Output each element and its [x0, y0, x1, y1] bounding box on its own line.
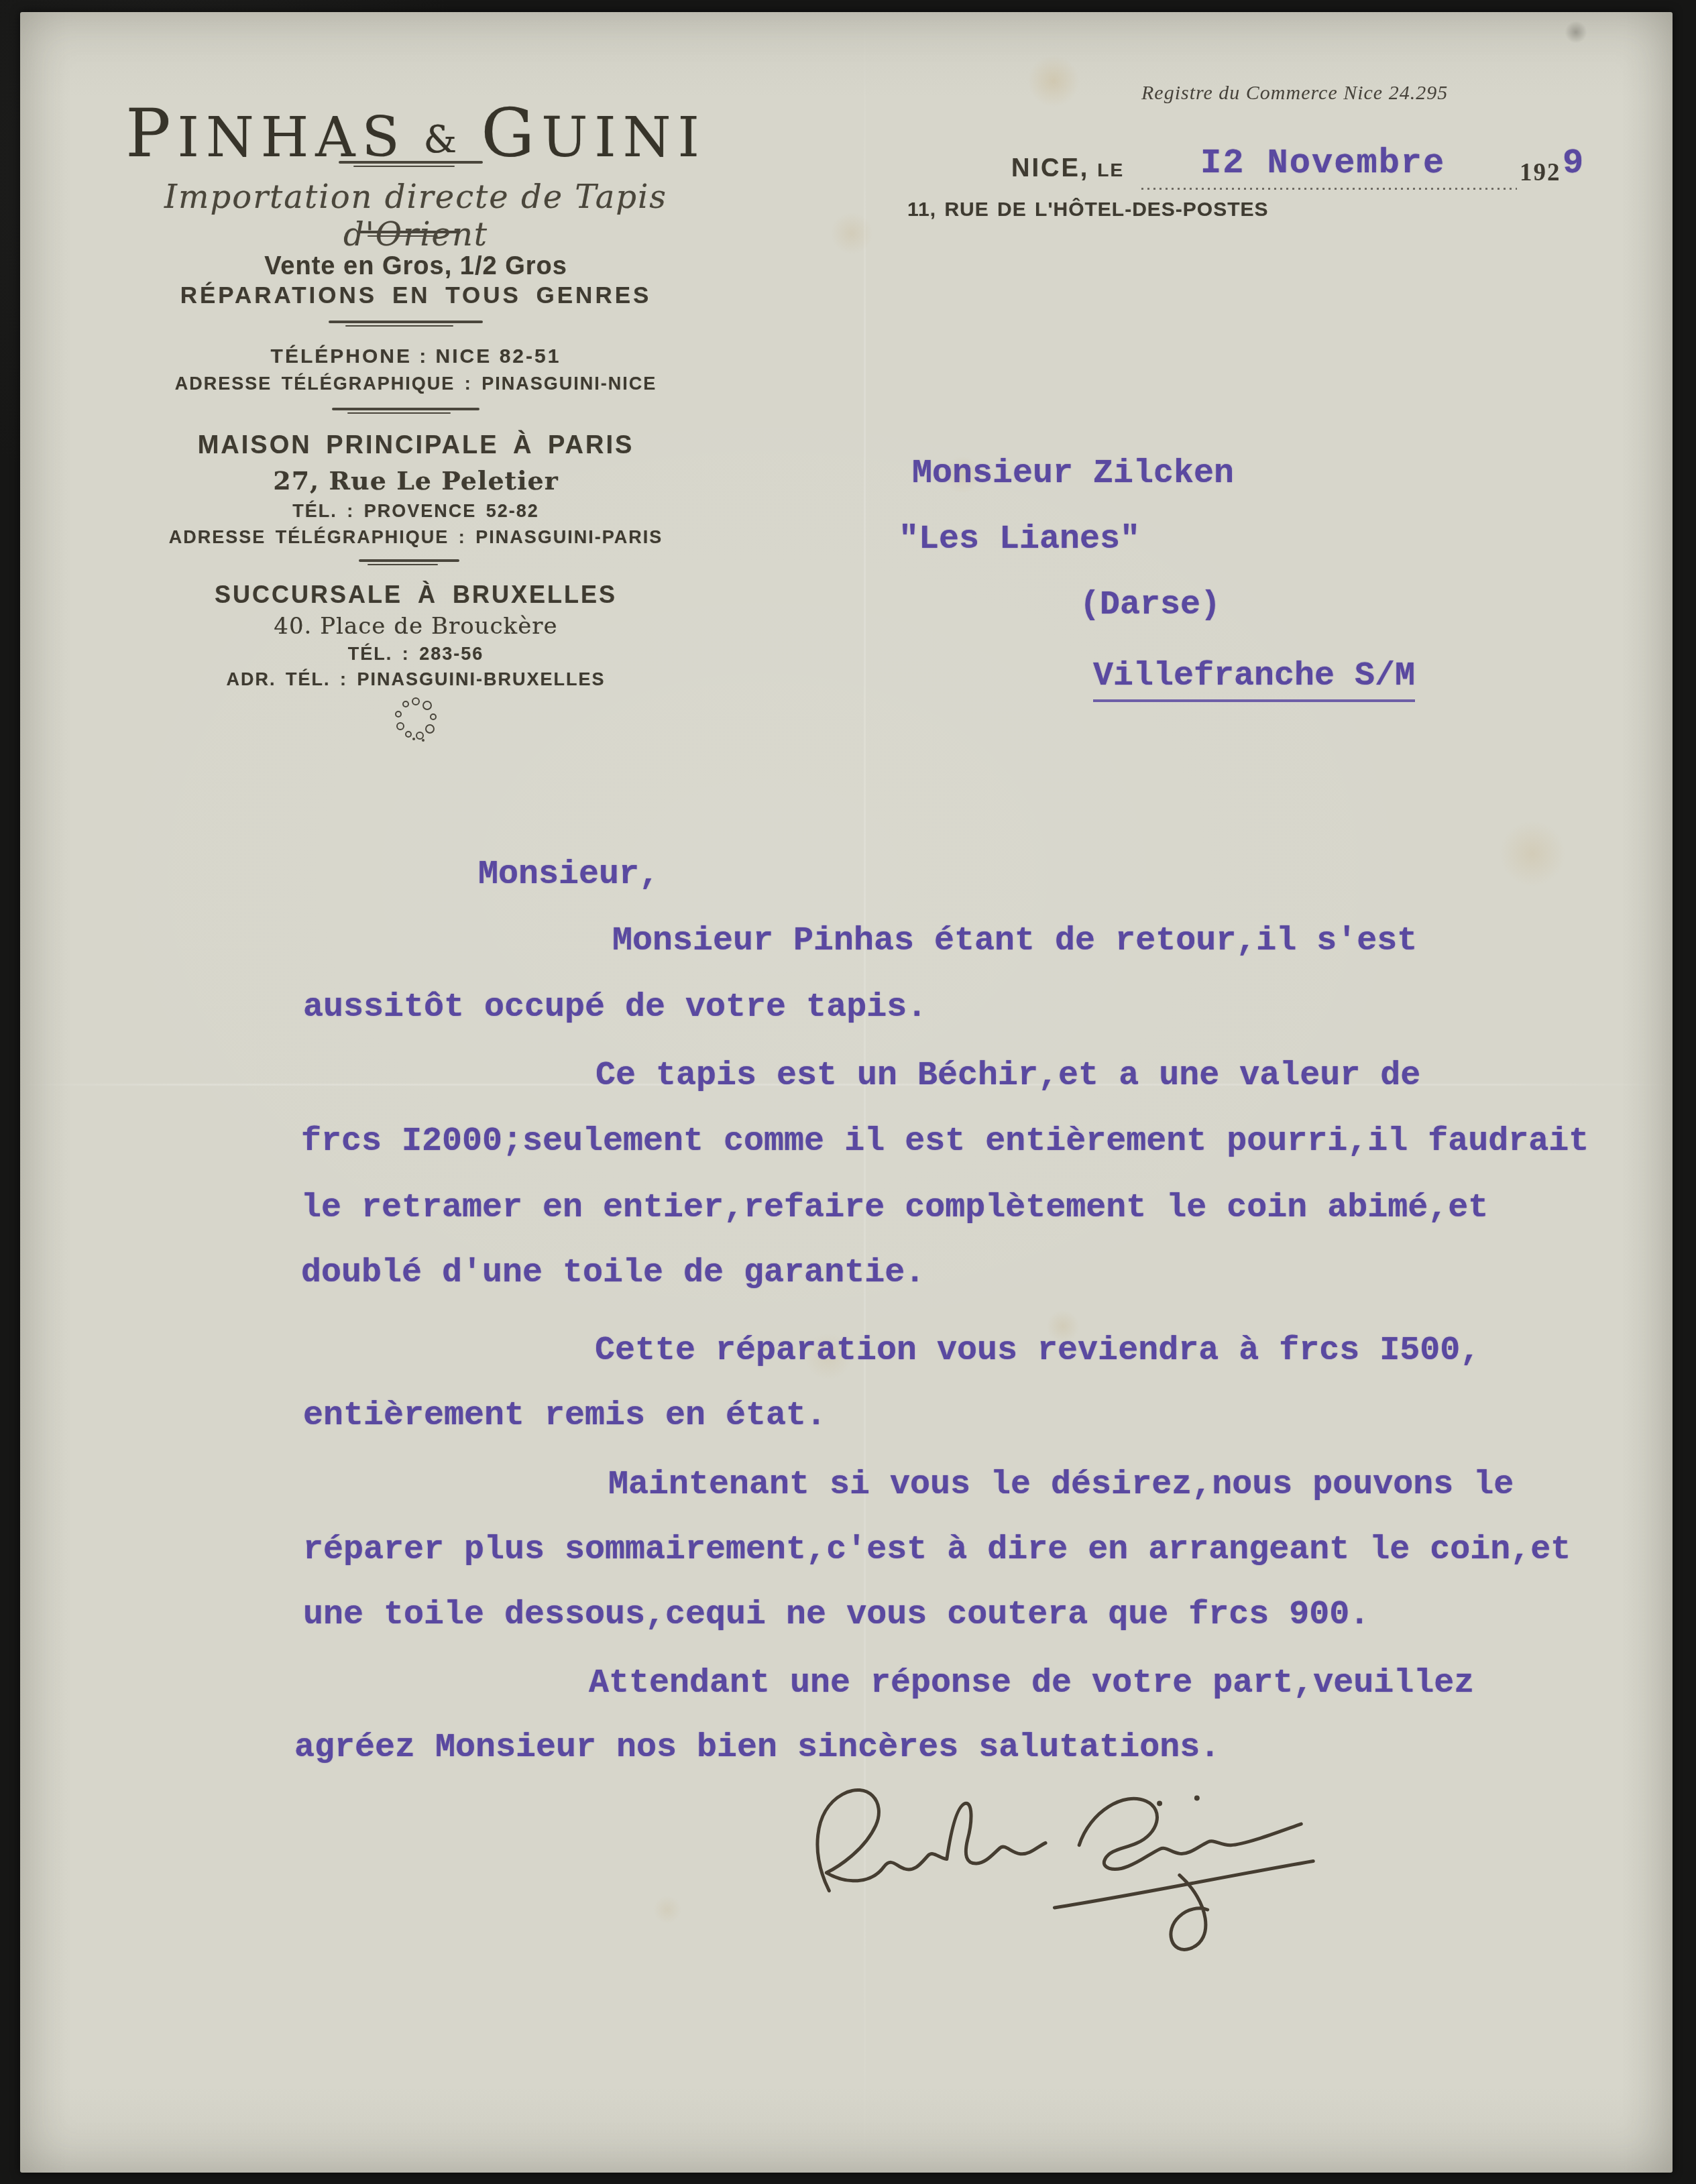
date-dotted-line [1141, 188, 1517, 190]
decorative-rule [332, 408, 479, 414]
company-tagline: Importation directe de Tapis d'Orient [101, 178, 731, 253]
body-line: aussitôt occupé de votre tapis. [303, 988, 927, 1027]
date-city-label: NICE,LE [1011, 154, 1124, 183]
scan-background: PINHAS&GUINI Importation directe de Tapi… [0, 0, 1696, 2184]
sales-line-2: RÉPARATIONS EN TOUS GENRES [101, 282, 731, 309]
decorative-rule [329, 321, 483, 327]
recipient-name: Monsieur Zilcken [912, 455, 1234, 493]
decorative-rule [339, 161, 483, 168]
recipient-district: (Darse) [1080, 586, 1221, 624]
body-line: entièrement remis en état. [303, 1397, 826, 1435]
dotted-circle-ornament-icon [101, 695, 731, 746]
decorative-rule [359, 559, 459, 566]
paris-office-title: MAISON PRINCIPALE À PARIS [101, 431, 731, 460]
printed-year-prefix: 192 [1520, 158, 1561, 187]
commerce-registry-note: Registre du Commerce Nice 24.295 [1141, 82, 1448, 105]
body-line: une toile dessous,cequi ne vous coutera … [303, 1596, 1369, 1634]
recipient-villa: "Les Lianes" [899, 520, 1140, 559]
sender-street-address: 11, RUE DE L'HÔTEL-DES-POSTES [907, 198, 1269, 221]
body-line: frcs I2000;seulement comme il est entièr… [301, 1123, 1589, 1161]
body-line: Monsieur, [478, 856, 659, 894]
body-line: Cette réparation vous reviendra à frcs I… [595, 1332, 1480, 1370]
city-label-small: LE [1097, 160, 1124, 180]
bruxelles-office-title: SUCCURSALE À BRUXELLES [101, 581, 731, 609]
company-word-2: GUINI [481, 94, 706, 172]
handwritten-signature-icon [760, 1735, 1345, 1987]
body-line: Monsieur Pinhas étant de retour,il s'est [612, 922, 1417, 960]
bruxelles-office-address: 40. Place de Brouckère [101, 613, 731, 640]
typed-date: I2 Novembre [1200, 143, 1445, 183]
paper: PINHAS&GUINI Importation directe de Tapi… [20, 12, 1673, 2173]
bruxelles-telegraph-address: ADR. TÉL. : PINASGUINI-BRUXELLES [101, 669, 731, 690]
nice-telegraph-address: ADRESSE TÉLÉGRAPHIQUE : PINASGUINI-NICE [101, 373, 731, 394]
body-line: Attendant une réponse de votre part,veui… [589, 1664, 1474, 1703]
paris-office-phone: TÉL. : PROVENCE 52-82 [101, 501, 731, 522]
ampersand: & [424, 118, 464, 162]
nice-phone: TÉLÉPHONE : NICE 82-51 [101, 345, 731, 368]
typed-year-digit: 9 [1563, 143, 1583, 183]
recipient-city: Villefranche S/M [1093, 657, 1415, 702]
body-line: Maintenant si vous le désirez,nous pouvo… [608, 1466, 1514, 1504]
body-line: le retramer en entier,refaire complèteme… [301, 1189, 1488, 1227]
paris-telegraph-address: ADRESSE TÉLÉGRAPHIQUE : PINASGUINI-PARIS [101, 527, 731, 548]
decorative-rule [359, 231, 459, 237]
body-line: réparer plus sommairement,c'est à dire e… [303, 1531, 1571, 1569]
paris-office-address: 27, Rue Le Peletier [101, 465, 731, 496]
city-label-large: NICE, [1011, 154, 1089, 182]
sales-line-1: Vente en Gros, 1/2 Gros [101, 252, 731, 281]
body-line: doublé d'une toile de garantie. [301, 1254, 925, 1292]
bruxelles-office-phone: TÉL. : 283-56 [101, 644, 731, 665]
body-line: Ce tapis est un Béchir,et a une valeur d… [596, 1057, 1420, 1095]
